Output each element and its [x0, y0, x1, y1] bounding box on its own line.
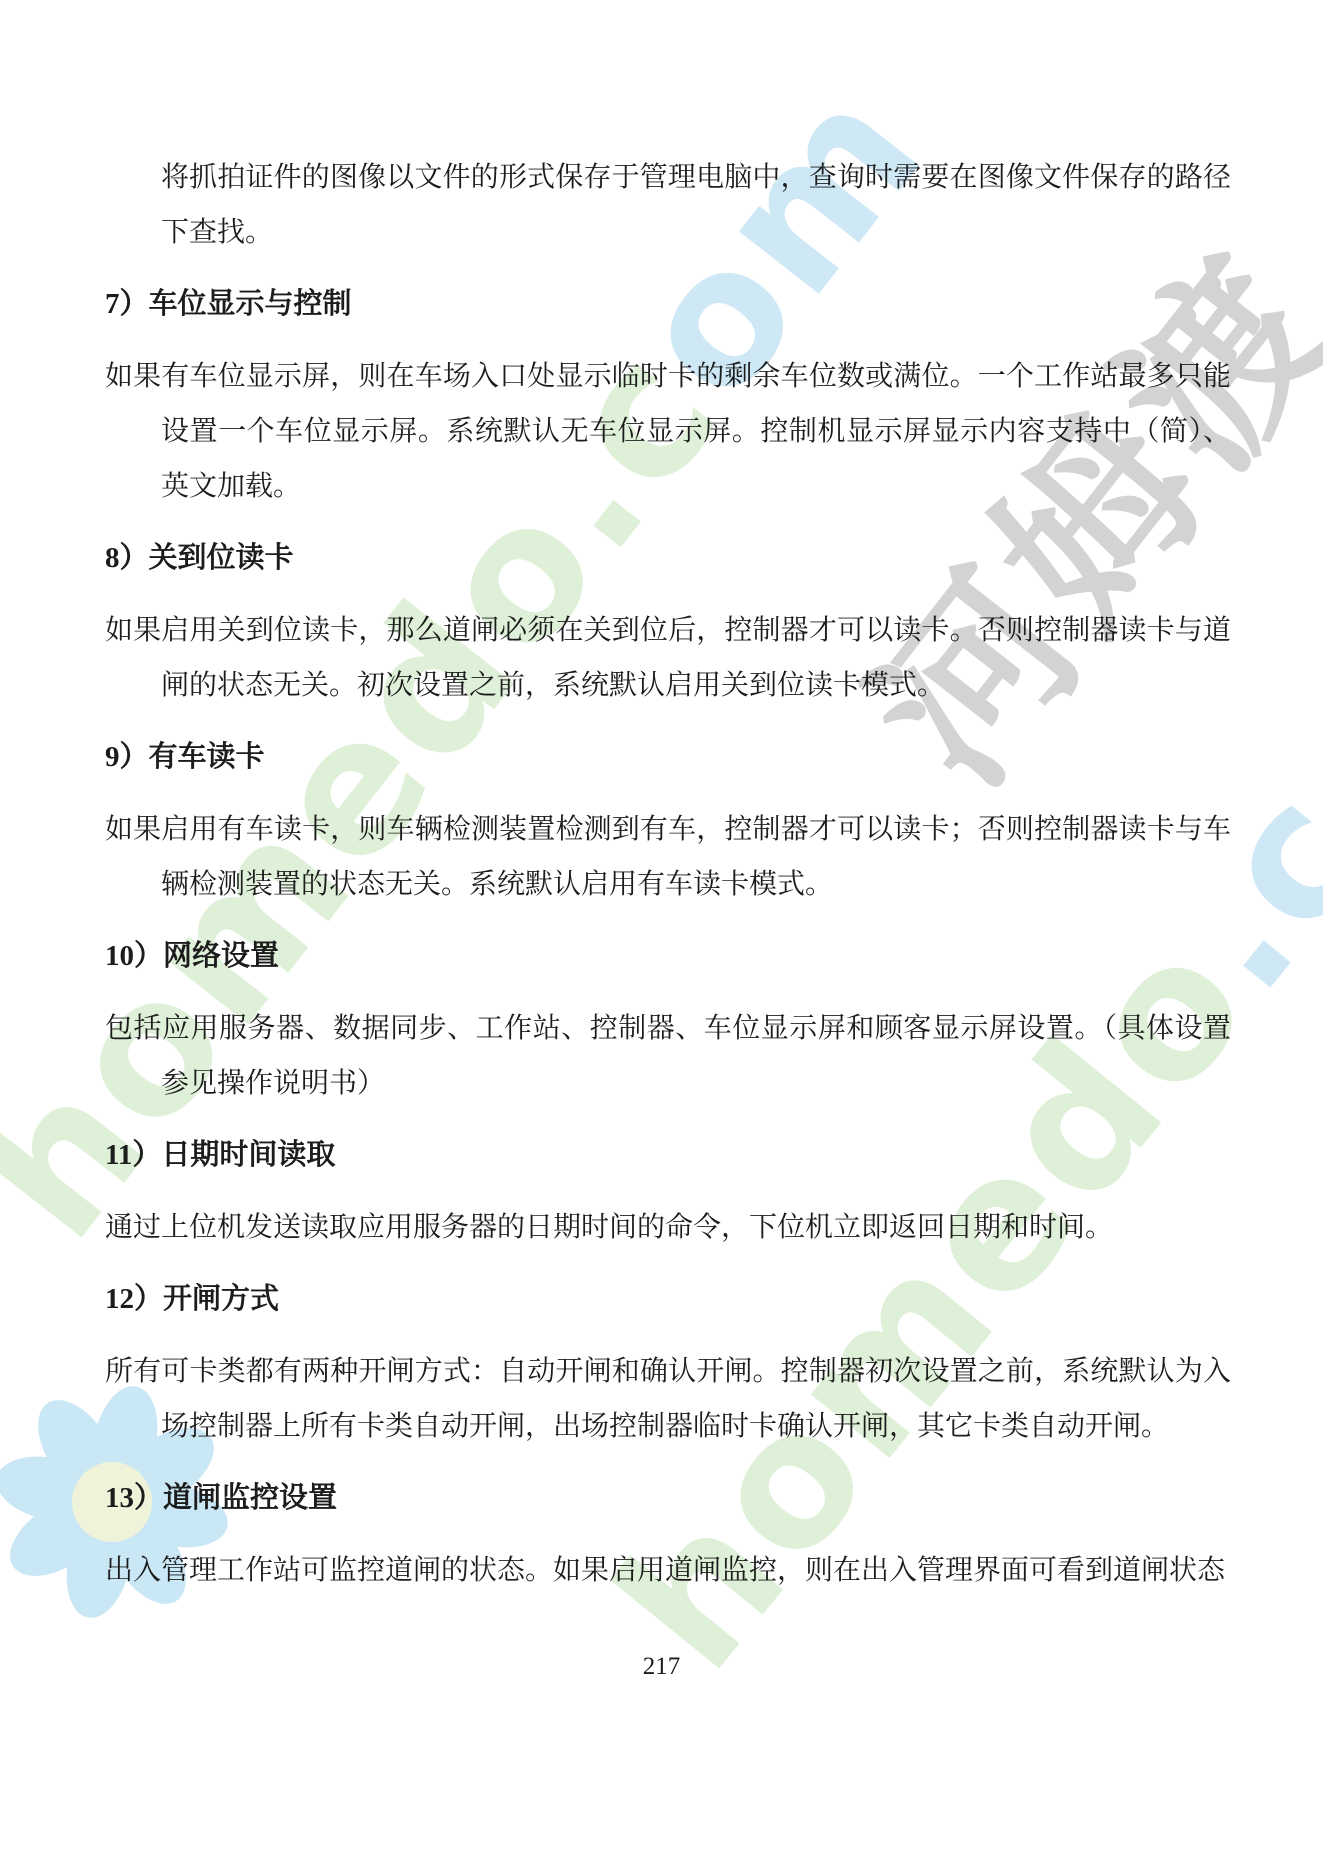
paragraph-gate-monitor: 出入管理工作站可监控道闸的状态。如果启用道闸监控，则在出入管理界面可看到道闸状态	[105, 1543, 1231, 1598]
page-content: 将抓拍证件的图像以文件的形式保存于管理电脑中，查询时需要在图像文件保存的路径下查…	[105, 150, 1231, 1615]
heading-7-parking-display: 7）车位显示与控制	[105, 277, 1231, 332]
heading-13-gate-monitor: 13）道闸监控设置	[105, 1471, 1231, 1526]
paragraph-network-settings: 包括应用服务器、数据同步、工作站、控制器、车位显示屏和顾客显示屏设置。（具体设置…	[105, 1001, 1231, 1111]
heading-8-gate-closed-read: 8）关到位读卡	[105, 531, 1231, 586]
paragraph-parking-display: 如果有车位显示屏，则在车场入口处显示临时卡的剩余车位数或满位。一个工作站最多只能…	[105, 349, 1231, 514]
heading-12-gate-open-mode: 12）开闸方式	[105, 1272, 1231, 1327]
paragraph-gate-closed-read: 如果启用关到位读卡，那么道闸必须在关到位后，控制器才可以读卡。否则控制器读卡与道…	[105, 603, 1231, 713]
page-number: 217	[0, 1652, 1323, 1682]
paragraph-datetime-read: 通过上位机发送读取应用服务器的日期时间的命令，下位机立即返回日期和时间。	[105, 1200, 1231, 1255]
heading-11-datetime-read: 11）日期时间读取	[105, 1128, 1231, 1183]
heading-9-vehicle-read: 9）有车读卡	[105, 730, 1231, 785]
heading-10-network-settings: 10）网络设置	[105, 929, 1231, 984]
paragraph-vehicle-read: 如果启用有车读卡，则车辆检测装置检测到有车，控制器才可以读卡；否则控制器读卡与车…	[105, 802, 1231, 912]
paragraph-continuation: 将抓拍证件的图像以文件的形式保存于管理电脑中，查询时需要在图像文件保存的路径下查…	[105, 150, 1231, 260]
paragraph-gate-open-mode: 所有可卡类都有两种开闸方式：自动开闸和确认开闸。控制器初次设置之前，系统默认为入…	[105, 1344, 1231, 1454]
